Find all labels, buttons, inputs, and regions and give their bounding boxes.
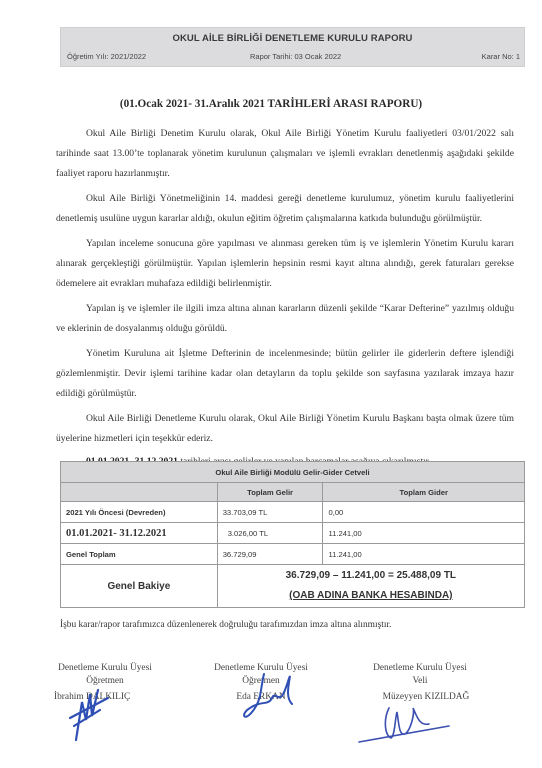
signatory-3: Denetleme Kurulu Üyesi Veli Müzeyyen KIZ… xyxy=(345,662,495,704)
paragraph: Okul Aile Birliği Denetim Kurulu olarak,… xyxy=(56,124,514,184)
paragraph: Yapılan iş ve işlemler ile ilgili imza a… xyxy=(56,299,514,339)
signatory-2: Denetleme Kurulu Üyesi Öğretmen Eda ERKA… xyxy=(186,662,336,704)
table-title: Okul Aile Birliği Modülü Gelir-Gider Cet… xyxy=(61,462,525,483)
signature-icon xyxy=(238,670,308,726)
report-body: Okul Aile Birliği Denetim Kurulu olarak,… xyxy=(56,124,514,477)
column-header xyxy=(61,483,218,502)
confirmation-statement: İşbu karar/rapor tarafımızca düzenlenere… xyxy=(60,620,391,630)
signatory-title: Veli xyxy=(345,675,495,688)
signatory-role: Denetleme Kurulu Üyesi xyxy=(345,662,495,675)
paragraph: Okul Aile Birliği Denetleme Kurulu olara… xyxy=(56,409,514,449)
signature-icon xyxy=(355,702,455,748)
row-label: 2021 Yılı Öncesi (Devreden) xyxy=(61,502,218,523)
balance-note: (OAB ADINA BANKA HESABINDA) xyxy=(223,586,519,606)
table-row: 2021 Yılı Öncesi (Devreden) 33.703,09 TL… xyxy=(61,502,525,523)
paragraph: Yapılan inceleme sonucuna göre yapılması… xyxy=(56,234,514,294)
signatory-role: Denetleme Kurulu Üyesi xyxy=(30,662,180,675)
table-header-row: Toplam Gelir Toplam Gider xyxy=(61,483,525,502)
income-cell: 33.703,09 TL xyxy=(217,502,323,523)
expense-cell: 11.241,00 xyxy=(323,523,525,544)
expense-cell: 0,00 xyxy=(323,502,525,523)
report-title: OKUL AİLE BİRLİĞİ DENETLEME KURULU RAPOR… xyxy=(61,33,524,44)
academic-year: Öğretim Yılı: 2021/2022 xyxy=(67,52,146,61)
column-header: Toplam Gelir xyxy=(217,483,323,502)
income-expense-table: Okul Aile Birliği Modülü Gelir-Gider Cet… xyxy=(60,461,525,608)
balance-formula: 36.729,09 – 11.241,00 = 25.488,09 TL xyxy=(223,566,519,586)
paragraph: Yönetim Kuruluna ait İşletme Defterinin … xyxy=(56,344,514,404)
balance-value: 36.729,09 – 11.241,00 = 25.488,09 TL (OA… xyxy=(217,565,524,608)
balance-row: Genel Bakiye 36.729,09 – 11.241,00 = 25.… xyxy=(61,565,525,608)
balance-label: Genel Bakiye xyxy=(61,565,218,608)
paragraph: Okul Aile Birliği Yönetmeliğinin 14. mad… xyxy=(56,189,514,229)
table-row: 01.01.2021- 31.12.2021 3.026,00 TL 11.24… xyxy=(61,523,525,544)
decision-number: Karar No: 1 xyxy=(482,52,520,61)
report-subtitle: (01.Ocak 2021- 31.Aralık 2021 TARİHLERİ … xyxy=(0,98,542,110)
column-header: Toplam Gider xyxy=(323,483,525,502)
table-row: Genel Toplam 36.729,09 11.241,00 xyxy=(61,544,525,565)
signature-icon xyxy=(64,680,114,746)
row-label: 01.01.2021- 31.12.2021 xyxy=(61,523,218,544)
income-cell: 3.026,00 TL xyxy=(217,523,323,544)
report-header: OKUL AİLE BİRLİĞİ DENETLEME KURULU RAPOR… xyxy=(60,27,525,67)
expense-cell: 11.241,00 xyxy=(323,544,525,565)
signatory-1: Denetleme Kurulu Üyesi Öğretmen İbrahim … xyxy=(30,662,180,704)
report-date: Rapor Tarihi: 03 Ocak 2022 xyxy=(250,52,341,61)
row-label: Genel Toplam xyxy=(61,544,218,565)
income-cell: 36.729,09 xyxy=(217,544,323,565)
